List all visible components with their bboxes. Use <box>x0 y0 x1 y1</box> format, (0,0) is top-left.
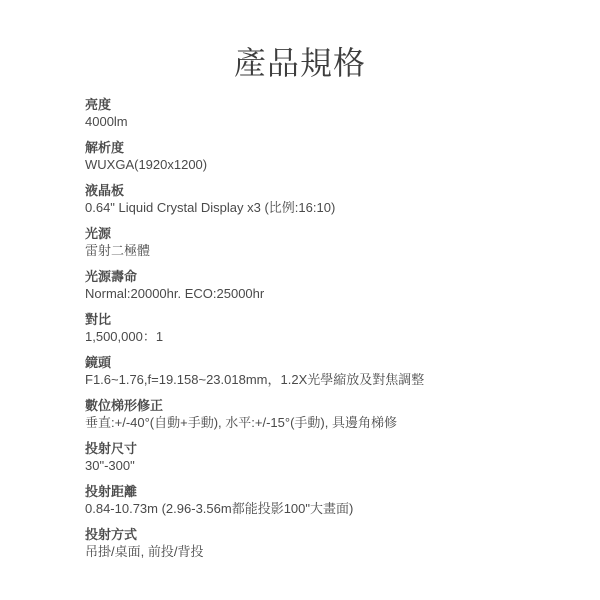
spec-label: 液晶板 <box>85 182 540 199</box>
page-title: 產品規格 <box>0 44 600 82</box>
spec-value: 0.64" Liquid Crystal Display x3 (比例:16:1… <box>85 199 540 216</box>
spec-row: 投射方式吊掛/桌面, 前投/背投 <box>85 526 540 560</box>
spec-value: Normal:20000hr. ECO:25000hr <box>85 285 540 302</box>
spec-value: F1.6~1.76,f=19.158~23.018mm，1.2X光學縮放及對焦調… <box>85 371 540 388</box>
spec-row: 數位梯形修正垂直:+/-40°(自動+手動), 水平:+/-15°(手動), 具… <box>85 397 540 431</box>
spec-row: 亮度4000lm <box>85 96 540 130</box>
spec-label: 亮度 <box>85 96 540 113</box>
spec-row: 對比1,500,000：1 <box>85 311 540 345</box>
spec-value: 30"-300" <box>85 457 540 474</box>
spec-row: 光源壽命Normal:20000hr. ECO:25000hr <box>85 268 540 302</box>
spec-label: 投射距離 <box>85 483 540 500</box>
spec-row: 液晶板0.64" Liquid Crystal Display x3 (比例:1… <box>85 182 540 216</box>
spec-value: 4000lm <box>85 113 540 130</box>
spec-value: 雷射二極體 <box>85 242 540 259</box>
spec-label: 解析度 <box>85 139 540 156</box>
spec-row: 解析度WUXGA(1920x1200) <box>85 139 540 173</box>
spec-row: 光源雷射二極體 <box>85 225 540 259</box>
product-spec-sheet: 產品規格 亮度4000lm解析度WUXGA(1920x1200)液晶板0.64"… <box>0 0 600 600</box>
spec-label: 投射尺寸 <box>85 440 540 457</box>
spec-label: 鏡頭 <box>85 354 540 371</box>
spec-label: 數位梯形修正 <box>85 397 540 414</box>
spec-value: WUXGA(1920x1200) <box>85 156 540 173</box>
spec-label: 光源壽命 <box>85 268 540 285</box>
spec-label: 投射方式 <box>85 526 540 543</box>
spec-value: 0.84-10.73m (2.96-3.56m都能投影100"大畫面) <box>85 500 540 517</box>
spec-label: 光源 <box>85 225 540 242</box>
spec-value: 吊掛/桌面, 前投/背投 <box>85 543 540 560</box>
spec-row: 投射尺寸30"-300" <box>85 440 540 474</box>
spec-value: 1,500,000：1 <box>85 328 540 345</box>
spec-row: 鏡頭F1.6~1.76,f=19.158~23.018mm，1.2X光學縮放及對… <box>85 354 540 388</box>
spec-label: 對比 <box>85 311 540 328</box>
spec-row: 投射距離0.84-10.73m (2.96-3.56m都能投影100"大畫面) <box>85 483 540 517</box>
spec-value: 垂直:+/-40°(自動+手動), 水平:+/-15°(手動), 具邊角梯修 <box>85 414 540 431</box>
spec-list: 亮度4000lm解析度WUXGA(1920x1200)液晶板0.64" Liqu… <box>85 96 540 560</box>
